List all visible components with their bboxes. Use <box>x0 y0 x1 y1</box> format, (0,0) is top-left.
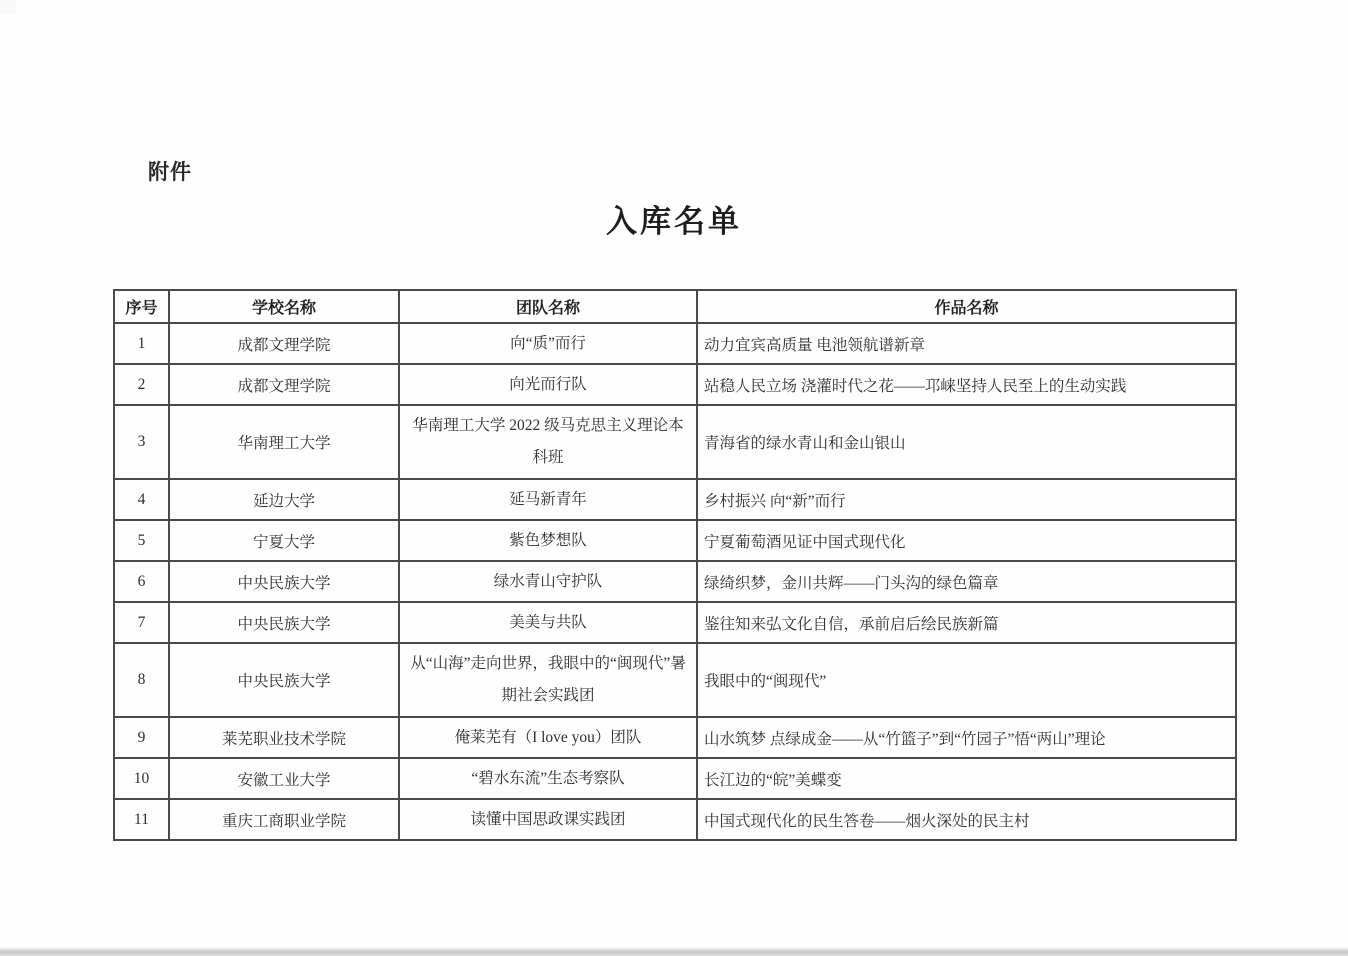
table-row: 8 中央民族大学 从“山海”走向世界，我眼中的“闽现代”暑期社会实践团 我眼中的… <box>114 643 1236 717</box>
cell-school-name: 华南理工大学 <box>169 405 399 479</box>
cell-team-name: 读懂中国思政课实践团 <box>399 799 697 840</box>
cell-team-name: 向“质”而行 <box>399 323 697 364</box>
cell-school-name: 重庆工商职业学院 <box>169 799 399 840</box>
cell-serial-number: 9 <box>114 717 169 758</box>
cell-team-name: 俺莱芜有（I love you）团队 <box>399 717 697 758</box>
cell-team-name: 绿水青山守护队 <box>399 561 697 602</box>
table-row: 5 宁夏大学 紫色梦想队 宁夏葡萄酒见证中国式现代化 <box>114 520 1236 561</box>
cell-team-name: 华南理工大学 2022 级马克思主义理论本科班 <box>399 405 697 479</box>
header-cell-school: 学校名称 <box>169 290 399 323</box>
header-cell-work: 作品名称 <box>697 290 1236 323</box>
cell-school-name: 安徽工业大学 <box>169 758 399 799</box>
cell-team-name: 紫色梦想队 <box>399 520 697 561</box>
cell-school-name: 中央民族大学 <box>169 643 399 717</box>
cell-work-title: 宁夏葡萄酒见证中国式现代化 <box>697 520 1236 561</box>
cell-serial-number: 5 <box>114 520 169 561</box>
scan-corner-smudge <box>0 0 16 14</box>
table-row: 3 华南理工大学 华南理工大学 2022 级马克思主义理论本科班 青海省的绿水青… <box>114 405 1236 479</box>
cell-work-title: 青海省的绿水青山和金山银山 <box>697 405 1236 479</box>
cell-serial-number: 6 <box>114 561 169 602</box>
cell-serial-number: 11 <box>114 799 169 840</box>
cell-work-title: 动力宜宾高质量 电池领航谱新章 <box>697 323 1236 364</box>
table-row: 9 莱芜职业技术学院 俺莱芜有（I love you）团队 山水筑梦 点绿成金—… <box>114 717 1236 758</box>
cell-team-name: 从“山海”走向世界，我眼中的“闽现代”暑期社会实践团 <box>399 643 697 717</box>
cell-team-name: 延马新青年 <box>399 479 697 520</box>
cell-team-name: 美美与共队 <box>399 602 697 643</box>
page-bottom-edge <box>0 947 1348 956</box>
table-row: 10 安徽工业大学 “碧水东流”生态考察队 长江边的“皖”美蝶变 <box>114 758 1236 799</box>
cell-school-name: 成都文理学院 <box>169 323 399 364</box>
cell-work-title: 中国式现代化的民生答卷——烟火深处的民主村 <box>697 799 1236 840</box>
cell-work-title: 绿绮织梦，金川共辉——门头沟的绿色篇章 <box>697 561 1236 602</box>
cell-serial-number: 3 <box>114 405 169 479</box>
cell-work-title: 站稳人民立场 浇灌时代之花——邛崃坚持人民至上的生动实践 <box>697 364 1236 405</box>
table-header-row: 序号 学校名称 团队名称 作品名称 <box>114 290 1236 323</box>
cell-team-name: “碧水东流”生态考察队 <box>399 758 697 799</box>
cell-work-title: 鉴往知来弘文化自信，承前启后绘民族新篇 <box>697 602 1236 643</box>
cell-serial-number: 8 <box>114 643 169 717</box>
table-row: 2 成都文理学院 向光而行队 站稳人民立场 浇灌时代之花——邛崃坚持人民至上的生… <box>114 364 1236 405</box>
cell-serial-number: 7 <box>114 602 169 643</box>
cell-serial-number: 2 <box>114 364 169 405</box>
cell-school-name: 延边大学 <box>169 479 399 520</box>
table-row: 7 中央民族大学 美美与共队 鉴往知来弘文化自信，承前启后绘民族新篇 <box>114 602 1236 643</box>
attachment-label: 附件 <box>148 156 192 186</box>
document-page: 附件 入库名单 序号 学校名称 团队名称 作品名称 1 成都文理学院 向“质”而… <box>0 0 1348 956</box>
table-row: 4 延边大学 延马新青年 乡村振兴 向“新”而行 <box>114 479 1236 520</box>
table-row: 6 中央民族大学 绿水青山守护队 绿绮织梦，金川共辉——门头沟的绿色篇章 <box>114 561 1236 602</box>
header-cell-no: 序号 <box>114 290 169 323</box>
cell-serial-number: 10 <box>114 758 169 799</box>
cell-school-name: 中央民族大学 <box>169 602 399 643</box>
cell-serial-number: 1 <box>114 323 169 364</box>
cell-work-title: 山水筑梦 点绿成金——从“竹篮子”到“竹园子”悟“两山”理论 <box>697 717 1236 758</box>
header-cell-team: 团队名称 <box>399 290 697 323</box>
cell-serial-number: 4 <box>114 479 169 520</box>
cell-school-name: 莱芜职业技术学院 <box>169 717 399 758</box>
cell-school-name: 成都文理学院 <box>169 364 399 405</box>
roster-table: 序号 学校名称 团队名称 作品名称 1 成都文理学院 向“质”而行 动力宜宾高质… <box>113 289 1237 841</box>
cell-school-name: 中央民族大学 <box>169 561 399 602</box>
cell-team-name: 向光而行队 <box>399 364 697 405</box>
cell-work-title: 长江边的“皖”美蝶变 <box>697 758 1236 799</box>
cell-work-title: 我眼中的“闽现代” <box>697 643 1236 717</box>
cell-school-name: 宁夏大学 <box>169 520 399 561</box>
cell-work-title: 乡村振兴 向“新”而行 <box>697 479 1236 520</box>
table-row: 11 重庆工商职业学院 读懂中国思政课实践团 中国式现代化的民生答卷——烟火深处… <box>114 799 1236 840</box>
table-row: 1 成都文理学院 向“质”而行 动力宜宾高质量 电池领航谱新章 <box>114 323 1236 364</box>
table-body: 1 成都文理学院 向“质”而行 动力宜宾高质量 电池领航谱新章 2 成都文理学院… <box>114 323 1236 840</box>
page-title: 入库名单 <box>0 196 1348 241</box>
